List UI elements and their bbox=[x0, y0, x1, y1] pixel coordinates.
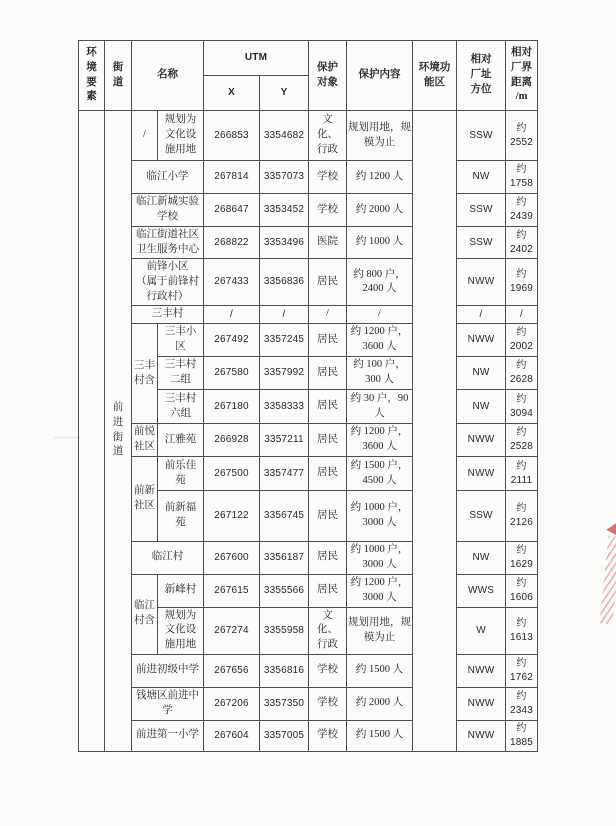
direction-cell: NWW bbox=[457, 654, 506, 687]
name-cell: 临江村 bbox=[132, 542, 204, 574]
protect-object-cell: 居民 bbox=[309, 491, 347, 542]
street-cell: 前 进 街 道 bbox=[105, 111, 132, 752]
utm-y-cell: 3353452 bbox=[260, 194, 309, 227]
name-cell: 前锋小区 （属于前锋村 行政村） bbox=[132, 259, 204, 306]
name-site-cell: 江雅苑 bbox=[158, 424, 204, 457]
distance-cell: 约 2343 bbox=[506, 687, 538, 720]
utm-y-cell: 3354682 bbox=[260, 111, 309, 161]
direction-cell: NWW bbox=[457, 424, 506, 457]
protect-object-cell: 居民 bbox=[309, 457, 347, 491]
utm-x-cell: 267500 bbox=[204, 457, 260, 491]
protect-object-cell: 居民 bbox=[309, 357, 347, 390]
utm-x-cell: 267492 bbox=[204, 324, 260, 357]
protect-object-cell: 居民 bbox=[309, 324, 347, 357]
direction-cell: NWW bbox=[457, 324, 506, 357]
name-cell: 三丰村 bbox=[132, 306, 204, 324]
col-header-direction: 相对 厂址 方位 bbox=[457, 41, 506, 111]
direction-cell: NWW bbox=[457, 457, 506, 491]
utm-x-cell: 267615 bbox=[204, 574, 260, 607]
utm-x-cell: 267206 bbox=[204, 687, 260, 720]
utm-x-cell: 267814 bbox=[204, 161, 260, 194]
distance-cell: 约 2126 bbox=[506, 491, 538, 542]
direction-cell: NW bbox=[457, 542, 506, 574]
name-site-cell: 前乐佳 苑 bbox=[158, 457, 204, 491]
protect-content-cell: 约 1200 人 bbox=[347, 161, 413, 194]
name-site-cell: 规划为 文化设 施用地 bbox=[158, 111, 204, 161]
distance-cell: 约 1969 bbox=[506, 259, 538, 306]
distance-cell: 约 2528 bbox=[506, 424, 538, 457]
scanned-document-page: 环 境 要 素 街 道 名称 UTM 保护 对象 保护内容 环境功 能区 相对 … bbox=[0, 0, 616, 826]
name-site-cell: 三丰村 二组 bbox=[158, 357, 204, 390]
col-header-env-zone: 环境功 能区 bbox=[413, 41, 457, 111]
utm-y-cell: 3356745 bbox=[260, 491, 309, 542]
protect-content-cell: 约 1000 户， 3000 人 bbox=[347, 542, 413, 574]
protect-content-cell: 约 1500 户， 4500 人 bbox=[347, 457, 413, 491]
env-zone-cell bbox=[413, 111, 457, 752]
red-seal-hatch-icon bbox=[599, 536, 616, 625]
direction-cell: SSW bbox=[457, 194, 506, 227]
protect-content-cell: / bbox=[347, 306, 413, 324]
name-site-cell: 新峰村 bbox=[158, 574, 204, 607]
name-site-cell: 前新福 苑 bbox=[158, 491, 204, 542]
protect-content-cell: 规划用地，规 模为止 bbox=[347, 607, 413, 654]
name-site-cell: 规划为 文化设 施用地 bbox=[158, 607, 204, 654]
utm-x-cell: 267656 bbox=[204, 654, 260, 687]
protect-object-cell: 学校 bbox=[309, 161, 347, 194]
distance-cell: 约 2628 bbox=[506, 357, 538, 390]
protect-object-cell: 医院 bbox=[309, 227, 347, 259]
name-group-cell: 前新 社区 bbox=[132, 457, 158, 542]
protect-object-cell: 居民 bbox=[309, 390, 347, 424]
protect-object-cell: 学校 bbox=[309, 194, 347, 227]
protect-object-cell: 学校 bbox=[309, 720, 347, 751]
utm-x-cell: / bbox=[204, 306, 260, 324]
direction-cell: NW bbox=[457, 357, 506, 390]
utm-y-cell: / bbox=[260, 306, 309, 324]
distance-cell: 约 2552 bbox=[506, 111, 538, 161]
utm-x-cell: 266928 bbox=[204, 424, 260, 457]
direction-cell: SSW bbox=[457, 111, 506, 161]
utm-y-cell: 3357992 bbox=[260, 357, 309, 390]
protect-content-cell: 约 1000 人 bbox=[347, 227, 413, 259]
protect-object-cell: 学校 bbox=[309, 687, 347, 720]
col-header-street: 街 道 bbox=[105, 41, 132, 111]
distance-cell: 约 2439 bbox=[506, 194, 538, 227]
distance-cell: 约 3094 bbox=[506, 390, 538, 424]
name-cell: 临江街道社区 卫生服务中心 bbox=[132, 227, 204, 259]
protect-content-cell: 约 1500 人 bbox=[347, 654, 413, 687]
utm-x-cell: 267274 bbox=[204, 607, 260, 654]
utm-x-cell: 267604 bbox=[204, 720, 260, 751]
col-header-utm-y: Y bbox=[260, 76, 309, 111]
name-site-cell: 三丰小 区 bbox=[158, 324, 204, 357]
distance-cell: 约 1606 bbox=[506, 574, 538, 607]
direction-cell: NWW bbox=[457, 720, 506, 751]
direction-cell: WWS bbox=[457, 574, 506, 607]
red-seal-mark-icon bbox=[605, 522, 616, 536]
utm-y-cell: 3357477 bbox=[260, 457, 309, 491]
protect-object-cell: 居民 bbox=[309, 542, 347, 574]
direction-cell: NW bbox=[457, 161, 506, 194]
utm-y-cell: 3358333 bbox=[260, 390, 309, 424]
protection-targets-table: 环 境 要 素 街 道 名称 UTM 保护 对象 保护内容 环境功 能区 相对 … bbox=[78, 40, 538, 752]
utm-y-cell: 3357350 bbox=[260, 687, 309, 720]
utm-y-cell: 3356816 bbox=[260, 654, 309, 687]
utm-x-cell: 267580 bbox=[204, 357, 260, 390]
direction-cell: SSW bbox=[457, 227, 506, 259]
name-group-cell: 三丰 村含 bbox=[132, 324, 158, 424]
protect-object-cell: 文 化、 行政 bbox=[309, 607, 347, 654]
utm-y-cell: 3356187 bbox=[260, 542, 309, 574]
utm-y-cell: 3357073 bbox=[260, 161, 309, 194]
utm-y-cell: 3355958 bbox=[260, 607, 309, 654]
col-header-utm-x: X bbox=[204, 76, 260, 111]
utm-y-cell: 3357005 bbox=[260, 720, 309, 751]
distance-cell: 约 1613 bbox=[506, 607, 538, 654]
protect-object-cell: 居民 bbox=[309, 424, 347, 457]
utm-x-cell: 266853 bbox=[204, 111, 260, 161]
protect-content-cell: 规划用地，规 模为止 bbox=[347, 111, 413, 161]
col-header-name: 名称 bbox=[132, 41, 204, 111]
distance-cell: 约 1758 bbox=[506, 161, 538, 194]
protect-content-cell: 约 1200 户， 3600 人 bbox=[347, 424, 413, 457]
red-seal-fragment bbox=[600, 520, 616, 630]
direction-cell: NWW bbox=[457, 259, 506, 306]
scan-artifact bbox=[54, 436, 80, 439]
distance-cell: 约 2111 bbox=[506, 457, 538, 491]
protect-object-cell: 学校 bbox=[309, 654, 347, 687]
protect-object-cell: / bbox=[309, 306, 347, 324]
name-cell: 前进初级中学 bbox=[132, 654, 204, 687]
name-cell: 临江新城实验 学校 bbox=[132, 194, 204, 227]
utm-y-cell: 3357211 bbox=[260, 424, 309, 457]
distance-cell: 约 1629 bbox=[506, 542, 538, 574]
protect-content-cell: 约 800 户， 2400 人 bbox=[347, 259, 413, 306]
protect-object-cell: 居民 bbox=[309, 259, 347, 306]
protect-content-cell: 约 1200 户， 3600 人 bbox=[347, 324, 413, 357]
utm-x-cell: 267122 bbox=[204, 491, 260, 542]
name-group-cell: 临江 村含 bbox=[132, 574, 158, 654]
distance-cell: 约 1762 bbox=[506, 654, 538, 687]
protect-object-cell: 文 化、 行政 bbox=[309, 111, 347, 161]
col-header-utm: UTM bbox=[204, 41, 309, 76]
protect-content-cell: 约 1200 户， 3000 人 bbox=[347, 574, 413, 607]
protect-object-cell: 居民 bbox=[309, 574, 347, 607]
utm-x-cell: 267180 bbox=[204, 390, 260, 424]
utm-x-cell: 267600 bbox=[204, 542, 260, 574]
direction-cell: NWW bbox=[457, 687, 506, 720]
distance-cell: / bbox=[506, 306, 538, 324]
utm-x-cell: 268647 bbox=[204, 194, 260, 227]
protect-content-cell: 约 1000 户， 3000 人 bbox=[347, 491, 413, 542]
name-cell: 前进第一小学 bbox=[132, 720, 204, 751]
name-cell: 钱塘区前进中 学 bbox=[132, 687, 204, 720]
utm-x-cell: 267433 bbox=[204, 259, 260, 306]
utm-y-cell: 3357245 bbox=[260, 324, 309, 357]
col-header-distance: 相对 厂界 距离 /m bbox=[506, 41, 538, 111]
protect-content-cell: 约 2000 人 bbox=[347, 687, 413, 720]
distance-cell: 约 2002 bbox=[506, 324, 538, 357]
utm-x-cell: 268822 bbox=[204, 227, 260, 259]
protect-content-cell: 约 2000 人 bbox=[347, 194, 413, 227]
col-header-env-element: 环 境 要 素 bbox=[79, 41, 105, 111]
protect-content-cell: 约 1500 人 bbox=[347, 720, 413, 751]
env-element-cell bbox=[79, 111, 105, 752]
name-cell: 临江小学 bbox=[132, 161, 204, 194]
protect-content-cell: 约 100 户， 300 人 bbox=[347, 357, 413, 390]
distance-cell: 约 2402 bbox=[506, 227, 538, 259]
direction-cell: NW bbox=[457, 390, 506, 424]
name-group-cell: 前悦 社区 bbox=[132, 424, 158, 457]
name-group-cell: / bbox=[132, 111, 158, 161]
direction-cell: / bbox=[457, 306, 506, 324]
name-site-cell: 三丰村 六组 bbox=[158, 390, 204, 424]
direction-cell: SSW bbox=[457, 491, 506, 542]
protect-content-cell: 约 30 户，90 人 bbox=[347, 390, 413, 424]
col-header-protect-object: 保护 对象 bbox=[309, 41, 347, 111]
utm-y-cell: 3355566 bbox=[260, 574, 309, 607]
direction-cell: W bbox=[457, 607, 506, 654]
utm-y-cell: 3356836 bbox=[260, 259, 309, 306]
distance-cell: 约 1885 bbox=[506, 720, 538, 751]
utm-y-cell: 3353496 bbox=[260, 227, 309, 259]
table-body: 前 进 街 道/规划为 文化设 施用地2668533354682文 化、 行政规… bbox=[79, 111, 538, 752]
col-header-protect-content: 保护内容 bbox=[347, 41, 413, 111]
